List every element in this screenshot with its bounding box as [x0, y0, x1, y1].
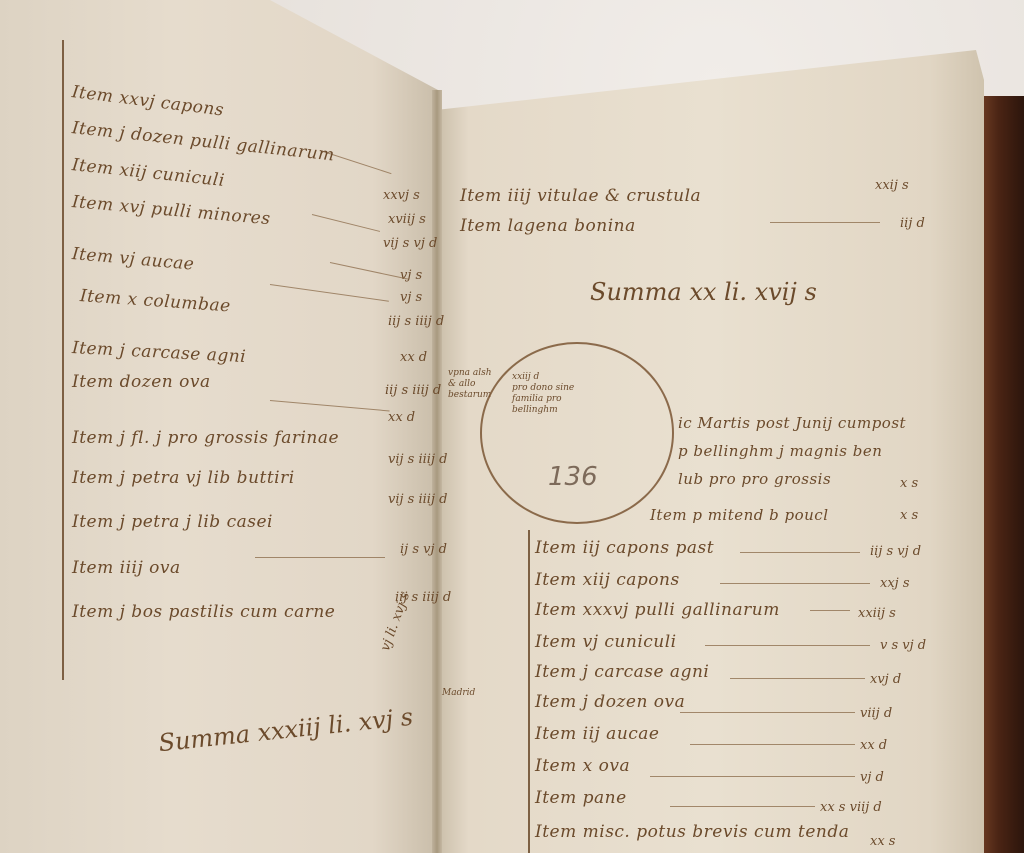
heading-line: p bellinghm j magnis ben — [678, 442, 882, 460]
right-entry-amount: v s vj d — [880, 638, 926, 653]
book-cover-edge — [982, 96, 1024, 853]
right-entry: Item j carcase agni — [535, 662, 709, 682]
left-entry: Item j fl. j pro grossis farinae — [72, 428, 339, 448]
margin-note: vpna alsh & allo bestarum — [448, 368, 492, 401]
right-entry-amount: xx d — [860, 738, 887, 753]
heading-amount: x s — [900, 508, 918, 523]
rule — [720, 583, 870, 584]
heading-line: ic Martis post Junij cum­post — [678, 414, 906, 432]
right-entry: Item misc. potus brevis cum tenda — [535, 822, 849, 842]
rule — [255, 557, 385, 558]
right-entry: Item pane — [535, 788, 627, 808]
rule — [670, 806, 815, 807]
rule — [650, 776, 855, 777]
left-entry-amount: xx d — [400, 350, 427, 365]
rule — [810, 610, 850, 611]
left-entry: Item j petra j lib casei — [72, 512, 273, 532]
folio-circle — [480, 342, 674, 524]
right-entry: Item j dozen ova — [535, 692, 685, 712]
right-entry-amount: vj d — [860, 770, 884, 785]
left-entry: Item dozen ova — [72, 372, 211, 392]
right-entry-amount: xxj s — [880, 576, 910, 591]
right-top-entry-amount: xxij s — [875, 178, 909, 193]
rule — [690, 744, 855, 745]
right-entry-amount: xx s viij d — [820, 800, 882, 815]
heading-line: lub pro pro grossis — [678, 470, 831, 488]
left-entry-amount: xx d — [388, 410, 415, 425]
left-entry-amount: vij s iiij d — [388, 492, 447, 507]
left-entry: Item j bos pastilis cum carne — [72, 602, 335, 622]
right-entry-amount: xvj d — [870, 672, 901, 687]
right-top-entry: Item iiij vitulae & crustula — [460, 186, 701, 206]
left-entry-amount: ij s vj d — [400, 542, 447, 557]
rule — [770, 222, 880, 223]
left-entry: Item iiij ova — [72, 558, 181, 578]
heading-amount: x s — [900, 476, 918, 491]
left-entry: Item j petra vj lib buttiri — [72, 468, 295, 488]
open-book: Item xxvj capons xxvj s Item j dozen pul… — [0, 0, 1024, 853]
left-margin-rule — [62, 40, 64, 680]
right-margin-rule — [528, 530, 530, 853]
left-entry-amount: vj s — [400, 268, 422, 283]
left-entry-amount: xxvj s — [383, 188, 420, 203]
right-entry: Item vj cuniculi — [535, 632, 677, 652]
right-top-entry-amount: iij d — [900, 216, 925, 231]
rule — [730, 678, 865, 679]
right-entry-amount: viij d — [860, 706, 892, 721]
heading-line: Item p mitend b poucl — [650, 506, 829, 524]
right-entry-amount: iij s vj d — [870, 544, 921, 559]
left-entry-amount: iij s iiij d — [388, 314, 444, 329]
left-entry-amount: vij s iiij d — [388, 452, 447, 467]
right-entry-amount: xxiij s — [858, 606, 896, 621]
rule — [680, 712, 855, 713]
circle-note: xxiij d pro dono sine familia pro bellin… — [512, 372, 574, 416]
left-margin-word: Madrid — [442, 688, 475, 699]
rule — [740, 552, 860, 553]
right-entry-amount: xx s — [870, 834, 895, 849]
right-entry: Item xxxvj pulli gallinarum — [535, 600, 780, 620]
left-entry-amount: vj s — [400, 290, 422, 305]
right-entry: Item xiij capons — [535, 570, 680, 590]
left-entry-amount: xviij s — [388, 212, 426, 227]
right-entry: Item iij capons past — [535, 538, 714, 558]
right-page-subtotal: Summa xx li. xvij s — [590, 278, 817, 306]
rule — [705, 645, 870, 646]
right-top-entry: Item lagena bonina — [460, 216, 636, 236]
left-entry-amount: vij s vj d — [383, 236, 437, 251]
left-entry-amount: iij s iiij d — [385, 383, 441, 398]
right-entry: Item iij aucae — [535, 724, 659, 744]
folio-number: 136 — [548, 462, 598, 492]
book-gutter — [432, 90, 442, 853]
right-entry: Item x ova — [535, 756, 630, 776]
